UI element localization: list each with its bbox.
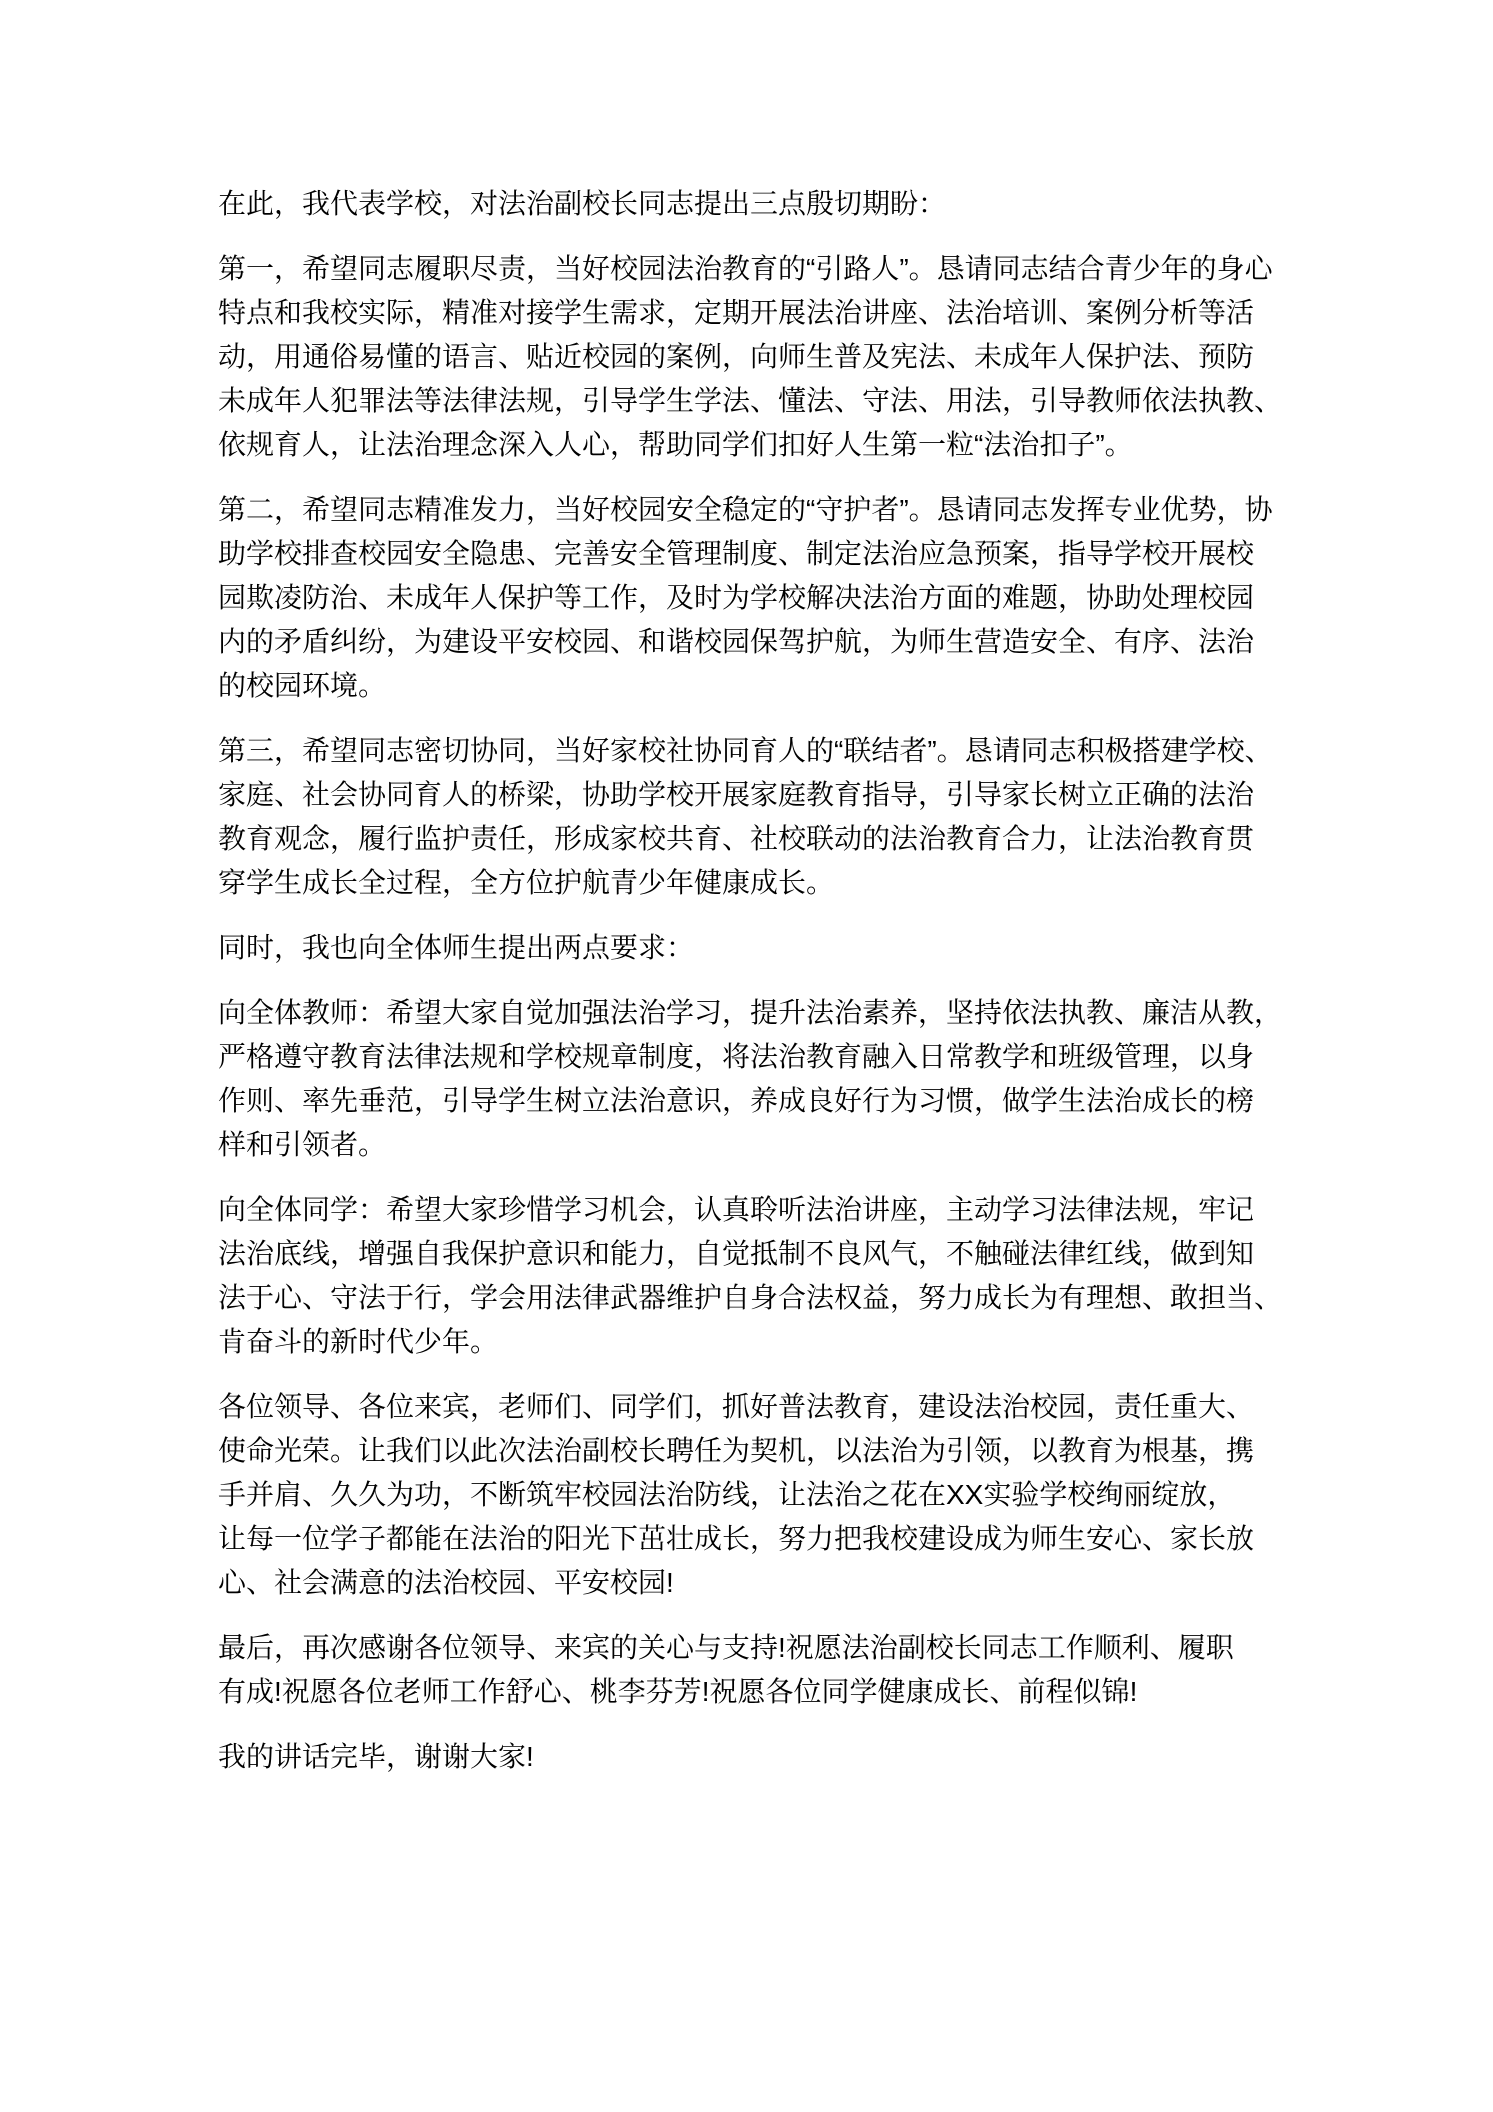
text-line: 园欺凌防治、未成年人保护等工作，及时为学校解决法治方面的难题，协助处理校园 — [218, 576, 1343, 620]
text-line: 样和引领者。 — [218, 1123, 1343, 1167]
text-line: 家庭、社会协同育人的桥梁，协助学校开展家庭教育指导，引导家长树立正确的法治 — [218, 773, 1343, 817]
text-line: 手并肩、久久为功，不断筑牢校园法治防线，让法治之花在XX实验学校绚丽绽放， — [218, 1473, 1343, 1517]
paragraph-2: 第一，希望同志履职尽责，当好校园法治教育的“引路人”。恳请同志结合青少年的身心特… — [218, 247, 1343, 467]
text-line: 法治底线，增强自我保护意识和能力，自觉抵制不良风气，不触碰法律红线，做到知 — [218, 1232, 1343, 1276]
document-page: 在此，我代表学校，对法治副校长同志提出三点殷切期盼：第一，希望同志履职尽责，当好… — [0, 0, 1493, 2112]
text-line: 特点和我校实际，精准对接学生需求，定期开展法治讲座、法治培训、案例分析等活 — [218, 291, 1343, 335]
text-line: 第三，希望同志密切协同，当好家校社协同育人的“联结者”。恳请同志积极搭建学校、 — [218, 729, 1343, 773]
paragraph-6: 向全体教师：希望大家自觉加强法治学习，提升法治素养，坚持依法执教、廉洁从教，严格… — [218, 991, 1343, 1167]
text-line: 未成年人犯罪法等法律法规，引导学生学法、懂法、守法、用法，引导教师依法执教、 — [218, 379, 1343, 423]
text-line: 我的讲话完毕，谢谢大家! — [218, 1735, 1343, 1779]
paragraph-1: 在此，我代表学校，对法治副校长同志提出三点殷切期盼： — [218, 182, 1343, 226]
text-line: 同时，我也向全体师生提出两点要求： — [218, 926, 1343, 970]
paragraph-5: 同时，我也向全体师生提出两点要求： — [218, 926, 1343, 970]
text-line: 向全体教师：希望大家自觉加强法治学习，提升法治素养，坚持依法执教、廉洁从教， — [218, 991, 1343, 1035]
text-line: 在此，我代表学校，对法治副校长同志提出三点殷切期盼： — [218, 182, 1343, 226]
text-line: 动，用通俗易懂的语言、贴近校园的案例，向师生普及宪法、未成年人保护法、预防 — [218, 335, 1343, 379]
text-line: 的校园环境。 — [218, 664, 1343, 708]
text-line: 向全体同学：希望大家珍惜学习机会，认真聆听法治讲座，主动学习法律法规，牢记 — [218, 1188, 1343, 1232]
paragraph-10: 我的讲话完毕，谢谢大家! — [218, 1735, 1343, 1779]
text-line: 肯奋斗的新时代少年。 — [218, 1320, 1343, 1364]
text-line: 有成!祝愿各位老师工作舒心、桃李芬芳!祝愿各位同学健康成长、前程似锦! — [218, 1670, 1343, 1714]
text-line: 教育观念，履行监护责任，形成家校共育、社校联动的法治教育合力，让法治教育贯 — [218, 817, 1343, 861]
text-line: 依规育人，让法治理念深入人心，帮助同学们扣好人生第一粒“法治扣子”。 — [218, 423, 1343, 467]
text-line: 第一，希望同志履职尽责，当好校园法治教育的“引路人”。恳请同志结合青少年的身心 — [218, 247, 1343, 291]
text-line: 作则、率先垂范，引导学生树立法治意识，养成良好行为习惯，做学生法治成长的榜 — [218, 1079, 1343, 1123]
paragraph-7: 向全体同学：希望大家珍惜学习机会，认真聆听法治讲座，主动学习法律法规，牢记法治底… — [218, 1188, 1343, 1364]
text-line: 穿学生成长全过程，全方位护航青少年健康成长。 — [218, 861, 1343, 905]
text-line: 让每一位学子都能在法治的阳光下茁壮成长，努力把我校建设成为师生安心、家长放 — [218, 1517, 1343, 1561]
paragraph-4: 第三，希望同志密切协同，当好家校社协同育人的“联结者”。恳请同志积极搭建学校、家… — [218, 729, 1343, 905]
paragraph-3: 第二，希望同志精准发力，当好校园安全稳定的“守护者”。恳请同志发挥专业优势，协助… — [218, 488, 1343, 708]
text-line: 严格遵守教育法律法规和学校规章制度，将法治教育融入日常教学和班级管理，以身 — [218, 1035, 1343, 1079]
text-line: 各位领导、各位来宾，老师们、同学们，抓好普法教育，建设法治校园，责任重大、 — [218, 1385, 1343, 1429]
text-line: 最后，再次感谢各位领导、来宾的关心与支持!祝愿法治副校长同志工作顺利、履职 — [218, 1626, 1343, 1670]
text-line: 第二，希望同志精准发力，当好校园安全稳定的“守护者”。恳请同志发挥专业优势，协 — [218, 488, 1343, 532]
text-line: 助学校排查校园安全隐患、完善安全管理制度、制定法治应急预案，指导学校开展校 — [218, 532, 1343, 576]
paragraph-9: 最后，再次感谢各位领导、来宾的关心与支持!祝愿法治副校长同志工作顺利、履职有成!… — [218, 1626, 1343, 1714]
text-line: 内的矛盾纠纷，为建设平安校园、和谐校园保驾护航，为师生营造安全、有序、法治 — [218, 620, 1343, 664]
document-body: 在此，我代表学校，对法治副校长同志提出三点殷切期盼：第一，希望同志履职尽责，当好… — [218, 182, 1343, 1800]
text-line: 法于心、守法于行，学会用法律武器维护自身合法权益，努力成长为有理想、敢担当、 — [218, 1276, 1343, 1320]
text-line: 使命光荣。让我们以此次法治副校长聘任为契机，以法治为引领，以教育为根基，携 — [218, 1429, 1343, 1473]
text-line: 心、社会满意的法治校园、平安校园! — [218, 1561, 1343, 1605]
paragraph-8: 各位领导、各位来宾，老师们、同学们，抓好普法教育，建设法治校园，责任重大、使命光… — [218, 1385, 1343, 1605]
